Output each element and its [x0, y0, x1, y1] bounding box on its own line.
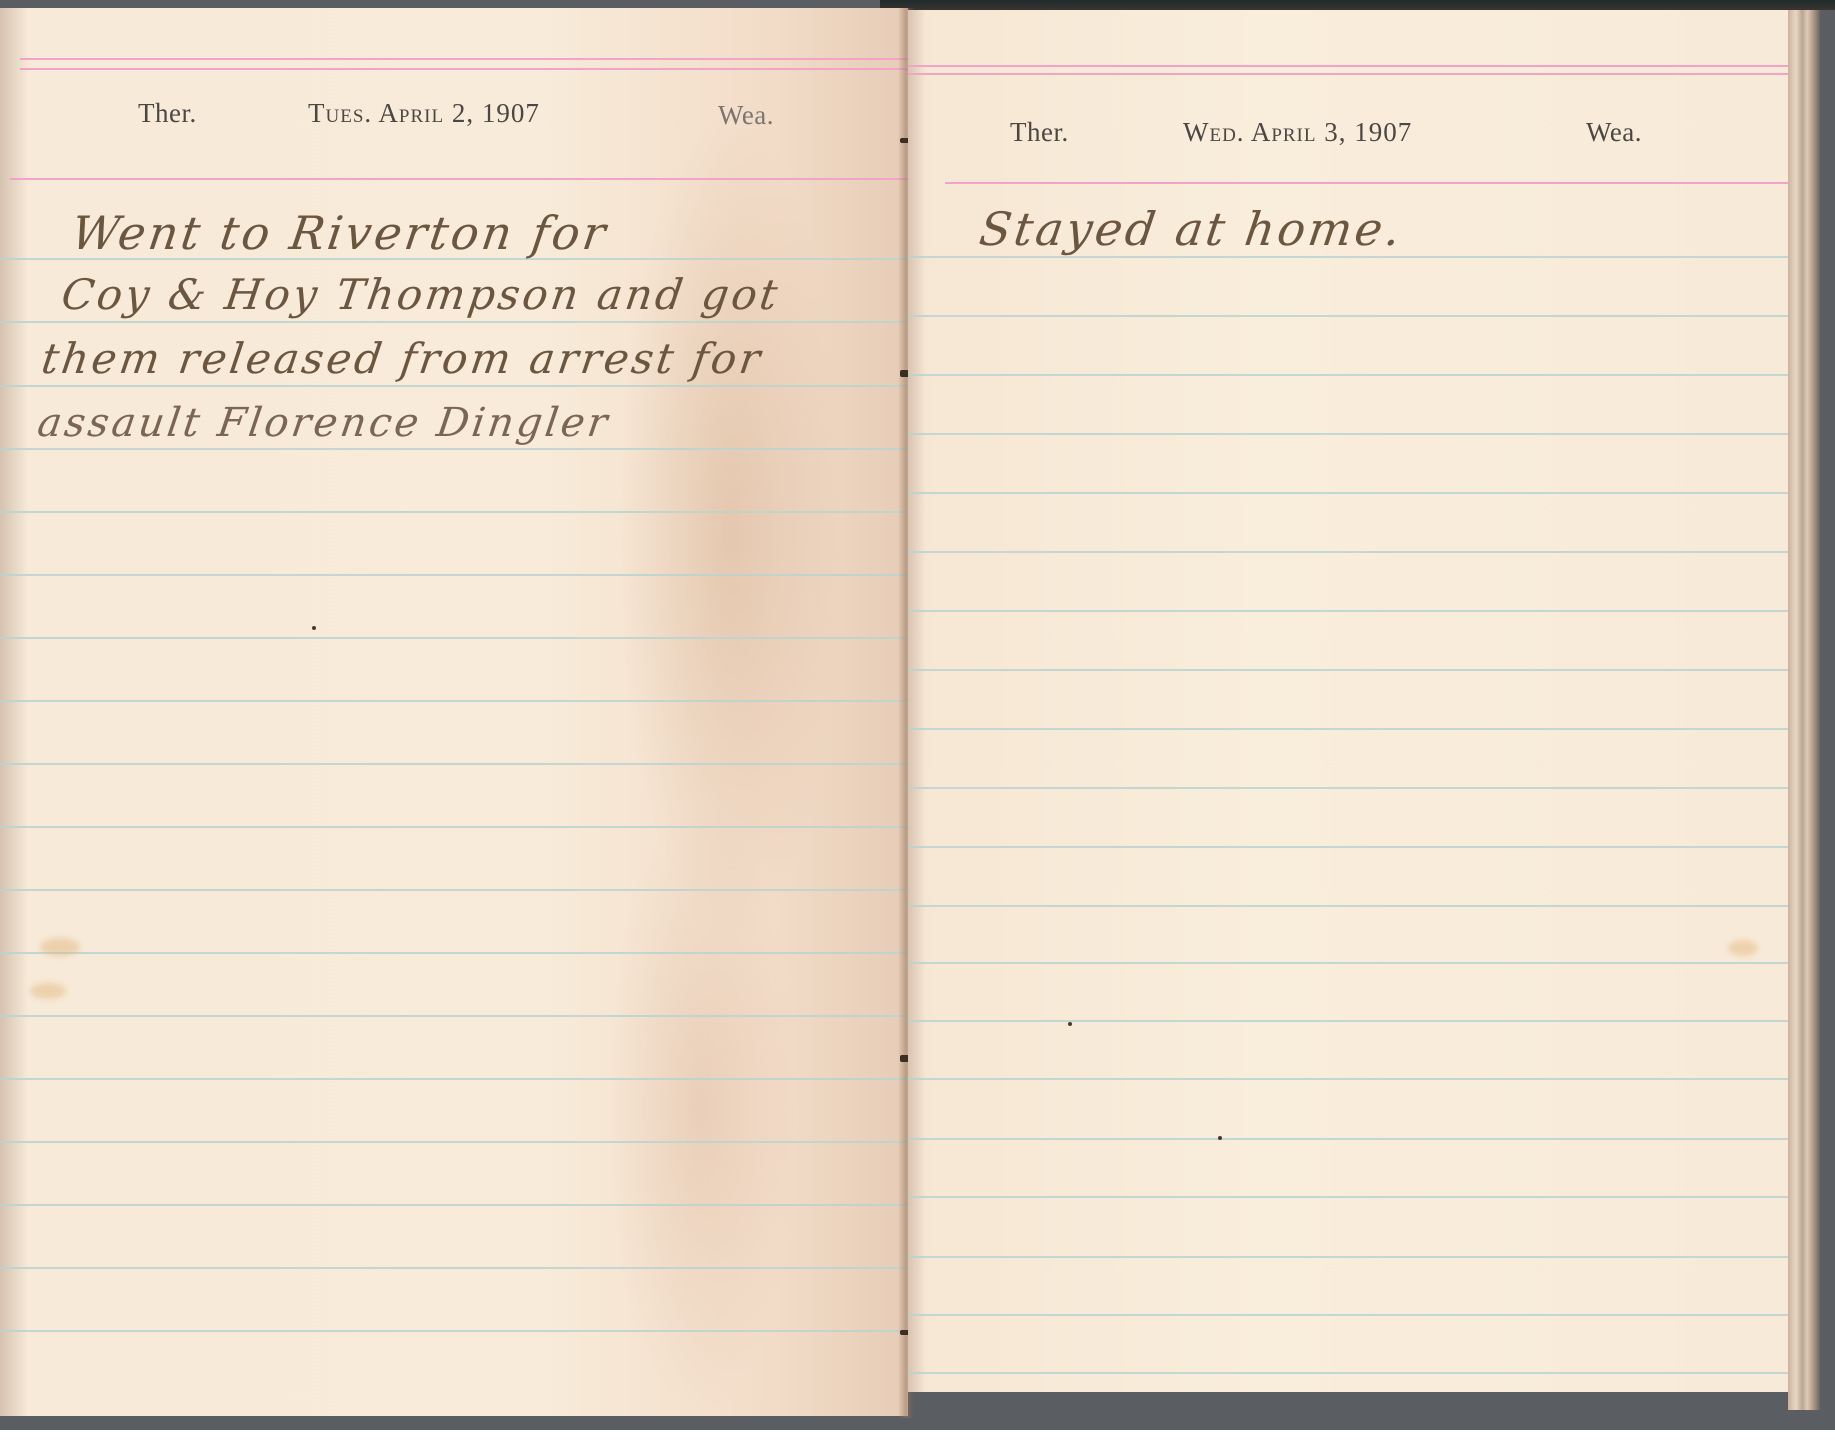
paper-stain: [40, 938, 80, 956]
ruled-line: [908, 1196, 1788, 1198]
ruled-line: [908, 1372, 1788, 1374]
ruled-line: [908, 492, 1788, 494]
page-stack-edge: [1788, 10, 1820, 1410]
ink-speck: [1218, 1136, 1222, 1140]
ruled-line: [0, 385, 908, 387]
right-page: Ther. Wed. April 3, 1907 Wea. Stayed at …: [908, 10, 1788, 1392]
ruled-line: [908, 1314, 1788, 1316]
ruled-line: [0, 1267, 908, 1269]
ruled-line: [0, 700, 908, 702]
ruled-line: [908, 256, 1788, 258]
ruled-line: [908, 905, 1788, 907]
header-bottom-rule: [10, 178, 908, 180]
date-heading: Tues. April 2, 1907: [308, 98, 540, 129]
ink-speck: [312, 626, 316, 630]
ruled-line: [0, 1078, 908, 1080]
ruled-line: [908, 315, 1788, 317]
ruled-line: [0, 511, 908, 513]
ruled-line: [0, 763, 908, 765]
ruled-line: [0, 321, 908, 323]
header-double-rule-top: [908, 65, 1788, 67]
ruled-line: [908, 962, 1788, 964]
wea-label: Wea.: [1586, 117, 1642, 148]
wea-label: Wea.: [718, 100, 774, 131]
header-double-rule-top: [20, 58, 908, 60]
book-top-edge: [880, 0, 1835, 10]
handwritten-line-4: assault Florence Dingler: [35, 400, 613, 446]
header-double-rule-bottom: [908, 73, 1788, 75]
ruled-line: [0, 574, 908, 576]
ruled-line: [908, 1138, 1788, 1140]
ink-speck: [1068, 1022, 1072, 1026]
ruled-line: [908, 433, 1788, 435]
ruled-line: [0, 1141, 908, 1143]
ruled-line: [0, 448, 908, 450]
paper-stain: [1728, 940, 1758, 956]
ruled-line: [0, 1330, 908, 1332]
ruled-line: [0, 1204, 908, 1206]
handwritten-line-1: Stayed at home.: [976, 202, 1407, 256]
ruled-line: [908, 846, 1788, 848]
left-page: Ther. Tues. April 2, 1907 Wea. Went to R…: [0, 8, 908, 1416]
ruled-line: [0, 637, 908, 639]
ther-label: Ther.: [1010, 117, 1069, 148]
header-bottom-rule: [945, 182, 1788, 184]
handwritten-line-1: Went to Riverton for: [68, 206, 612, 260]
handwritten-line-2: Coy & Hoy Thompson and got: [59, 270, 784, 319]
header-double-rule-bottom: [20, 68, 908, 70]
date-heading: Wed. April 3, 1907: [1183, 117, 1412, 148]
ruled-line: [0, 1015, 908, 1017]
ruled-line: [0, 952, 908, 954]
ruled-line: [908, 610, 1788, 612]
ruled-line: [908, 1256, 1788, 1258]
ruled-line: [908, 669, 1788, 671]
handwritten-line-3: them released from arrest for: [39, 334, 767, 383]
ther-label: Ther.: [138, 98, 197, 129]
ruled-line: [908, 1020, 1788, 1022]
ruled-line: [908, 1078, 1788, 1080]
ruled-line: [908, 374, 1788, 376]
ruled-line: [908, 787, 1788, 789]
ruled-line: [908, 728, 1788, 730]
ruled-line: [908, 551, 1788, 553]
ruled-line: [0, 826, 908, 828]
ruled-line: [0, 889, 908, 891]
paper-stain: [30, 983, 66, 999]
